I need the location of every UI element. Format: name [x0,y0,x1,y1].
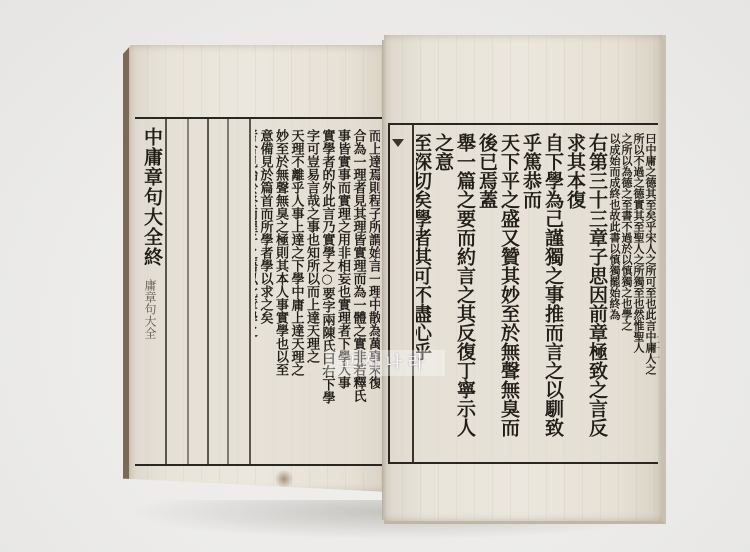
book-title-margin: 庸章句大全 [143,279,159,339]
text-column: 至深切矣學者其可不盡心乎 [416,133,432,455]
book-title: 中庸章句大全終 [141,127,163,267]
left-page: 中庸章句大全終 庸章句大全 而上達焉則程子所謂始言一理中散為萬事末復 合為一理者… [123,45,389,492]
left-page-print-frame: 中庸章句大全終 庸章句大全 而上達焉則程子所謂始言一理中散為萬事末復 合為一理者… [135,117,387,466]
text-column: 之所以為德之至書不過於以慎獨之也學之 [620,133,632,455]
right-page: 曰中庸之德其至矣乎宋人之所可至也此言中庸人之 所以不過之德實其至聖人之所獨至也然… [384,35,666,524]
right-page-text: 曰中庸之德其至矣乎宋人之所可至也此言中庸人之 所以不過之德實其至聖人之所獨至也然… [416,133,656,455]
page-edge-label: 二十一 [648,335,661,362]
text-column: 自下學為己謹獨之事推而言之以馴致乎篤恭而 [520,133,564,455]
text-column: 者合見始於終而程子之語以此章學之 [255,129,256,454]
text-column: 合為一理者見其理皆實理而為一體之實非若釋氏 [350,129,365,454]
text-column: 以成始而成終也故此書以慎獨罷始終為 [608,133,620,455]
right-page-print-frame: 曰中庸之德其至矣乎宋人之所可至也此言中庸人之 所以不過之德實其至聖人之所獨至也然… [388,123,658,464]
text-column: 天下平之盛又贊其妙至於無聲無臭而後已焉蓋 [476,133,520,455]
water-stain [227,485,241,495]
text-column: 事皆實事而實理之用非相妄也實理者下學人事 [335,129,350,454]
text-column: 天理不離乎人事上達之下學中庸上達天理之 [288,129,303,454]
text-column: 而上達焉則程子所謂始言一理中散為萬事末復 [366,129,381,454]
text-column: 曰中庸之德其至矣乎宋人之所可至也此言中庸人之 [644,133,656,455]
left-page-text: 而上達焉則程子所謂始言一理中散為萬事末復 合為一理者見其理皆實理而為一體之實非若… [255,129,380,454]
text-column: 字可豈易言哉之事也知所以而上達天理之 [304,129,319,454]
text-column: 意備見於篇首而所學者學以求之矣 [257,129,272,454]
watermark: 고서나라 [325,350,445,376]
text-column: 右第三十三章子思因前章極致之言反求其本復 [564,133,608,455]
water-stain [274,470,294,488]
text-column: 妙至於無聲無臭之極則其本人事實學也以至 [273,129,288,454]
text-column: 所以不過之德實其至聖人之所獨至也然惟聖人 [632,133,644,455]
text-column: 舉一篇之要而約言之其反復丁寧示人之意 [432,133,476,455]
text-column: 實學者的外此言乃實學之○要字兩陳氏曰右下學 [319,129,334,454]
fishtail-margin [386,125,414,462]
